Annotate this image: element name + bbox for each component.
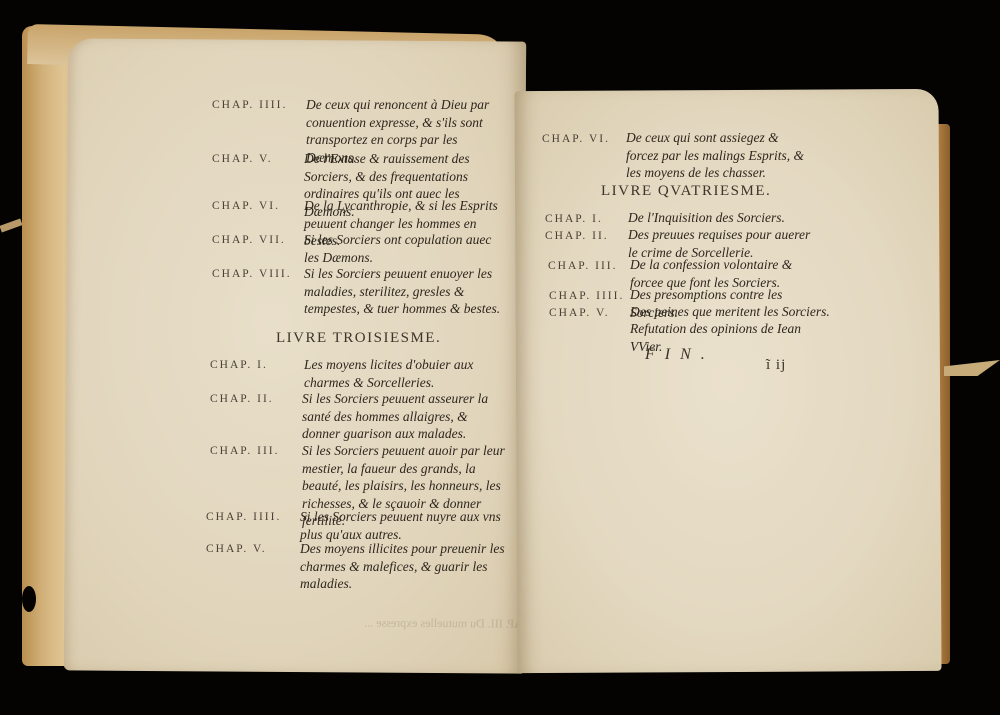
chapter-label: CHAP. VIII. [212,268,292,280]
binding-tie-right [944,360,1000,376]
chapter-label: CHAP. I. [210,359,268,371]
chapter-label: CHAP. IIII. [212,99,287,111]
chapter-title: Des peines que meritent les Sorciers. [630,303,830,321]
chapter-label: CHAP. V. [206,543,267,555]
chapter-label: CHAP. V. [549,307,610,319]
chapter-label: CHAP. IIII. [206,511,281,523]
chapter-label: CHAP. II. [210,393,274,405]
end-mark: FIN. [645,346,715,364]
chapter-label: CHAP. IIII. [549,290,624,302]
chapter-label: CHAP. II. [545,230,609,242]
chapter-label: CHAP. VI. [212,200,280,212]
chapter-label: CHAP. III. [548,260,618,272]
chapter-title: Si les Sorciers peuuent asseurer la sant… [302,390,506,443]
chapter-title: Les moyens licites d'obuier aux charmes … [304,356,506,391]
chapter-label: CHAP. VI. [542,133,610,145]
chapter-title: Si les Sorciers ont copulation auec les … [304,231,506,266]
chapter-title: De ceux qui sont assiegez & forcez par l… [626,129,812,182]
bleed-through-text: CHAP. III. Du mutuelles expresse ... [364,615,539,631]
chapter-label: CHAP. V. [212,153,273,165]
signature-mark: ĩ ij [766,357,786,374]
section-heading: LIVRE QVATRIESME. [601,183,771,200]
chapter-title: Si les Sorciers peuuent nuyre aux vns pl… [300,508,508,543]
chapter-title: Des moyens illicites pour preuenir les c… [300,540,508,593]
section-heading: LIVRE TROISIESME. [276,330,441,347]
chapter-title: Si les Sorciers peuuent enuoyer les mala… [304,265,506,318]
chapter-label: CHAP. VII. [212,234,286,246]
worm-hole [22,586,36,612]
chapter-label: CHAP. III. [210,445,280,457]
binding-tie-left [0,218,23,232]
chapter-label: CHAP. I. [545,213,603,225]
chapter-title: De l'Inquisition des Sorciers. [628,209,814,227]
